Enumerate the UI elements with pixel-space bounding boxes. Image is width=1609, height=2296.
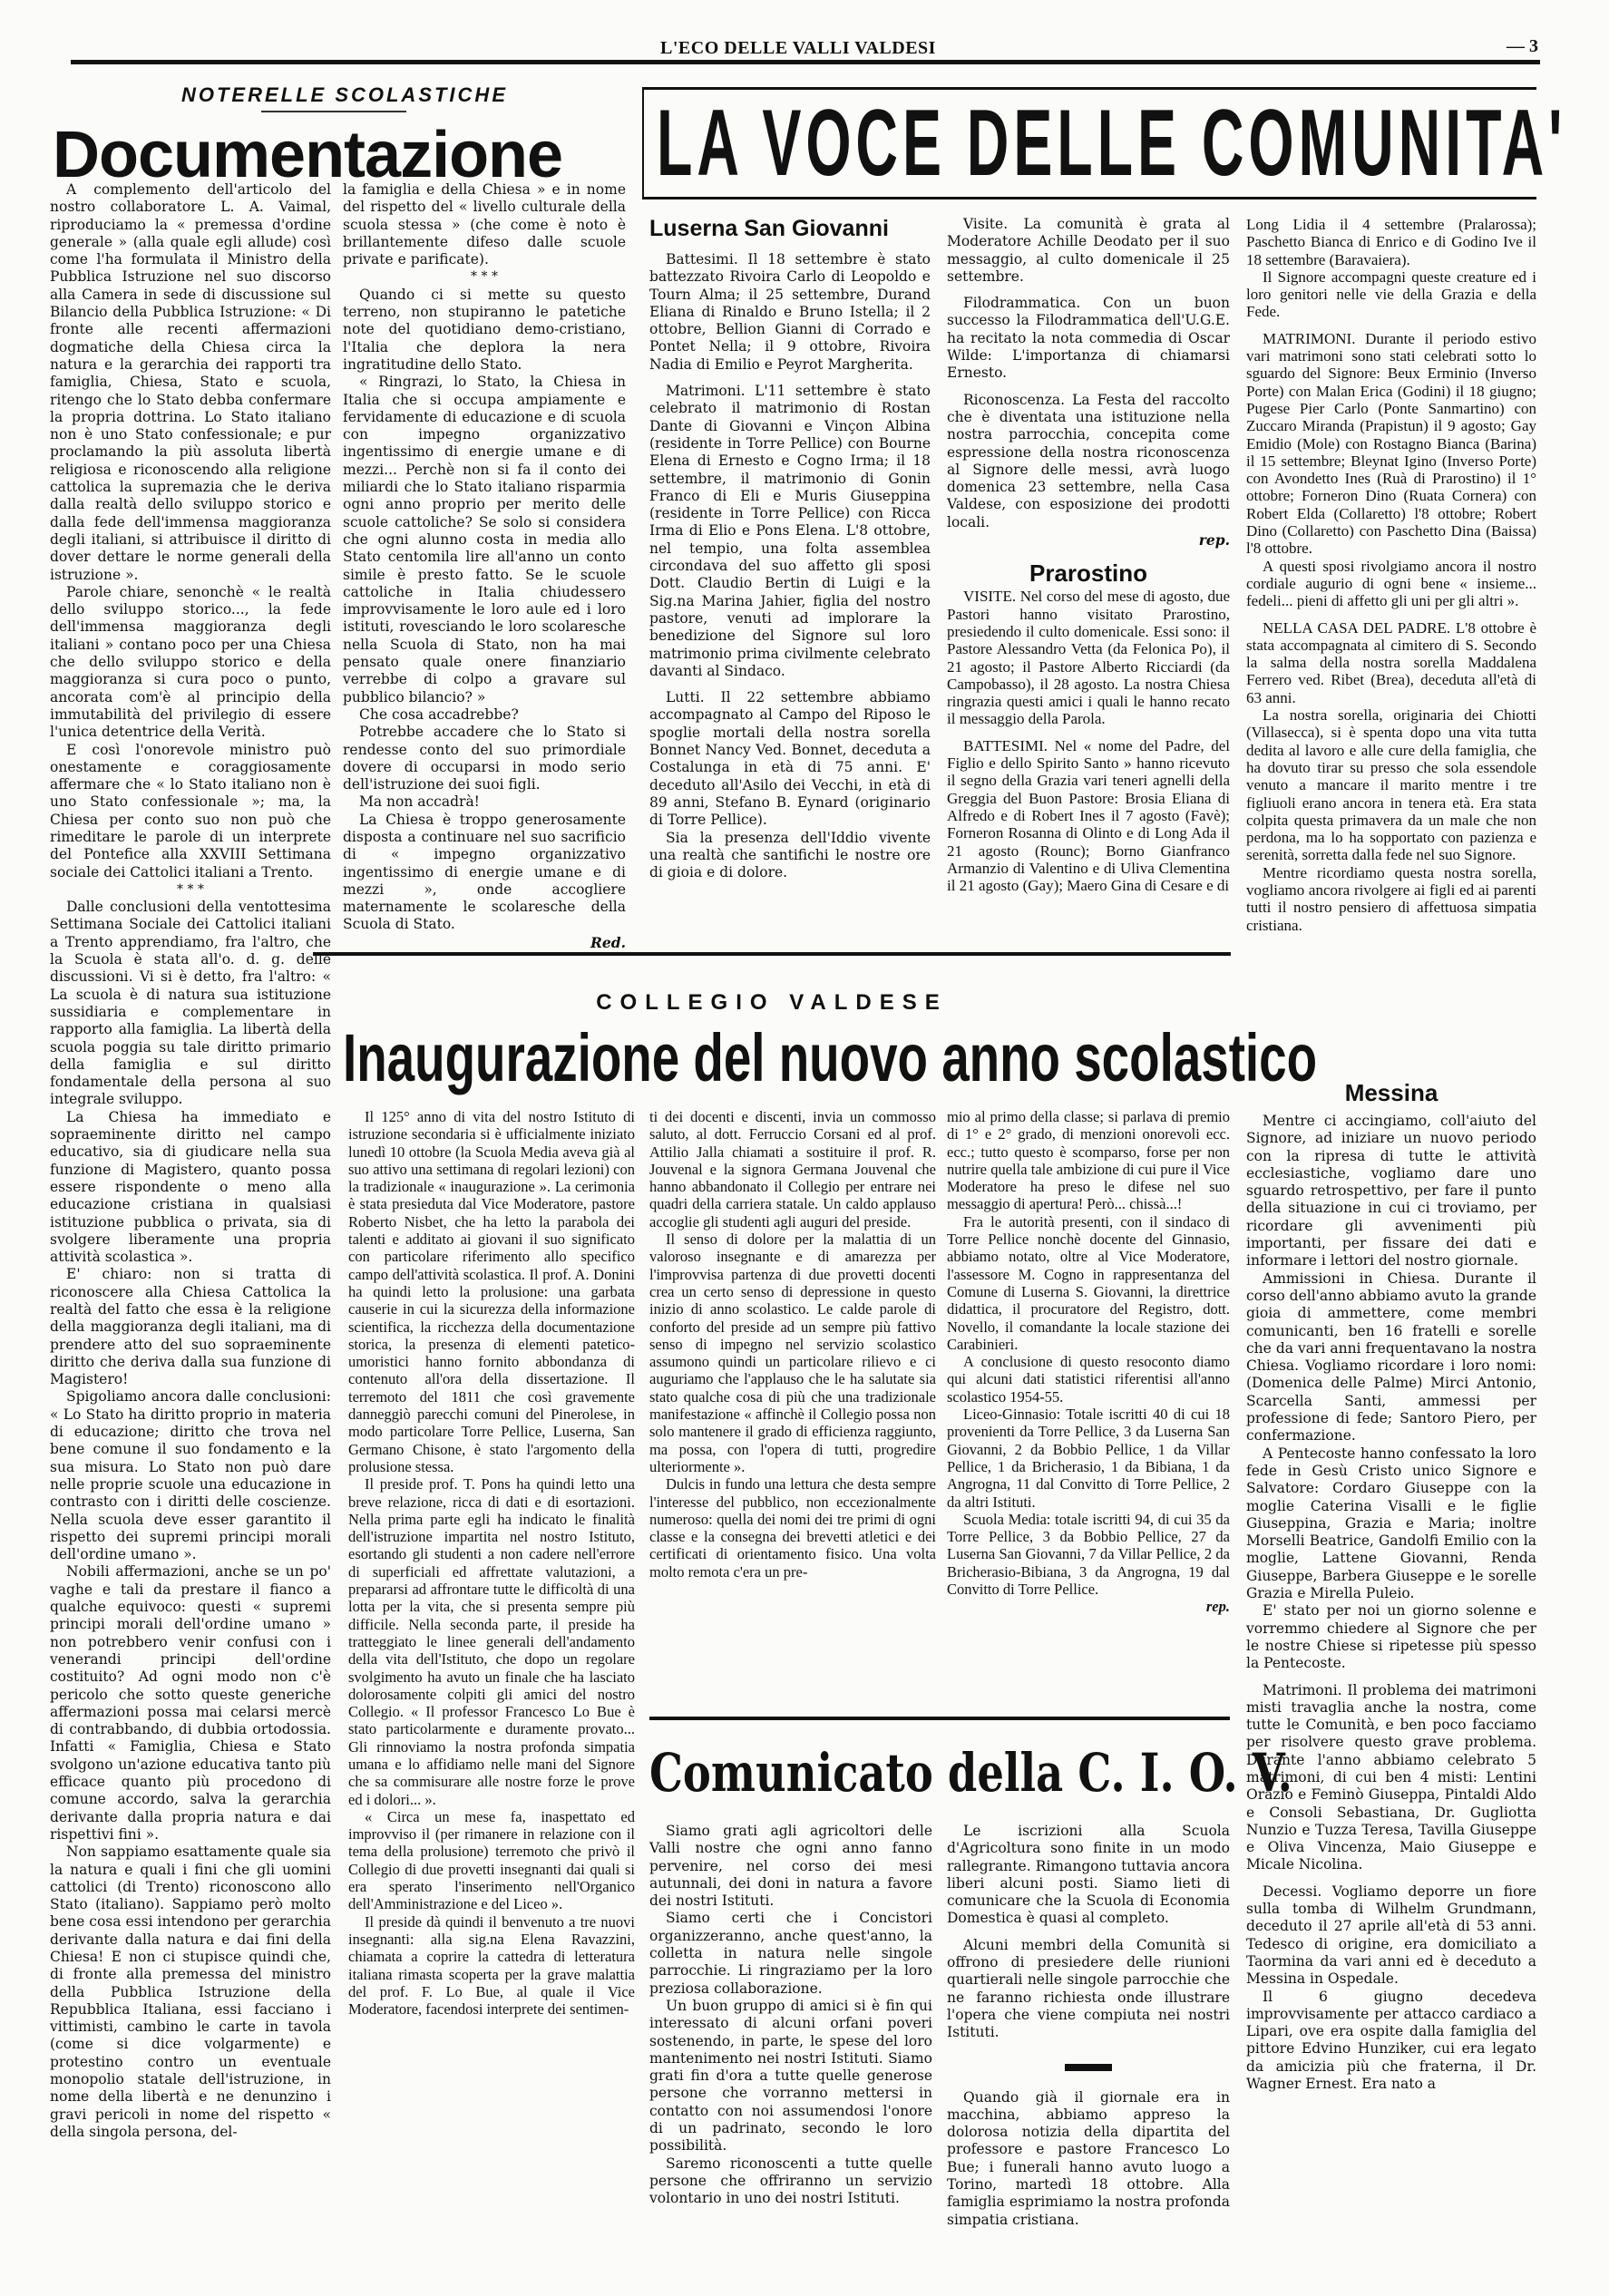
paragraph: VISITE. Nel corso del mese di agosto, du… — [947, 588, 1230, 727]
ciov-col2: Le iscrizioni alla Scuola d'Agricoltura … — [947, 1823, 1230, 2229]
paragraph: Il preside prof. T. Pons ha quindi letto… — [348, 1475, 635, 1808]
messina-section: Messina Mentre ci accingiamo, coll'aiuto… — [1246, 1079, 1536, 2093]
paragraph: Liceo-Ginnasio: Totale iscritti 40 di cu… — [947, 1406, 1230, 1511]
page-number: — 3 — [1507, 36, 1538, 57]
paragraph: Filodrammatica. Con un buon successo la … — [947, 295, 1230, 382]
luserna-section: Luserna San Giovanni Battesimi. Il 18 se… — [649, 216, 931, 881]
paragraph: Spigoliamo ancora dalle conclusioni: « L… — [50, 1388, 331, 1563]
paragraph: La nostra sorella, originaria dei Chiott… — [1246, 706, 1536, 864]
paragraph: A Pentecoste hanno confessato la loro fe… — [1246, 1445, 1536, 1603]
paragraph: « Ringrazi, lo Stato, la Chiesa in Itali… — [343, 374, 626, 706]
paragraph: NELLA CASA DEL PADRE. L'8 ottobre è stat… — [1246, 619, 1536, 706]
separator-bar — [1065, 2064, 1112, 2071]
paragraph: Mentre ci accingiamo, coll'aiuto del Sig… — [1246, 1113, 1536, 1270]
paragraph: E' stato per noi un giorno solenne e vor… — [1246, 1602, 1536, 1672]
paragraph: MATRIMONI. Durante il periodo estivo var… — [1246, 330, 1536, 558]
paragraph: Ammissioni in Chiesa. Durante il corso d… — [1246, 1270, 1536, 1445]
paragraph: BATTESIMI. Nel « nome del Padre, del Fig… — [947, 737, 1230, 895]
paragraph: Che cosa accadrebbe? — [343, 706, 626, 724]
collegio-col1: Il 125° anno di vita del nostro Istituto… — [348, 1108, 635, 2018]
paragraph: Parole chiare, senonchè « le realtà dell… — [50, 584, 331, 742]
collegio-kicker: COLLEGIO VALDESE — [313, 990, 1231, 1016]
paragraph: Siamo grati agli agricoltori delle Valli… — [649, 1823, 932, 1910]
luserna-heading: Luserna San Giovanni — [649, 216, 931, 242]
voce-title: LA VOCE DELLE COMUNITA' — [657, 93, 1566, 193]
masthead-rule — [71, 60, 1540, 64]
signature: Red. — [343, 934, 626, 951]
paragraph: Le iscrizioni alla Scuola d'Agricoltura … — [947, 1823, 1230, 1928]
section-rule — [649, 1717, 1230, 1720]
paragraph: A complemento dell'articolo del nostro c… — [50, 181, 331, 584]
paragraph: Siamo certi che i Concistori organizzera… — [649, 1910, 932, 1997]
paragraph: Il 125° anno di vita del nostro Istituto… — [348, 1108, 635, 1475]
paragraph: Mentre ricordiamo questa nostra sorella,… — [1246, 864, 1536, 934]
collegio-title: Inaugurazione del nuovo anno scolastico — [343, 1019, 1317, 1097]
paragraph: Matrimoni. L'11 settembre è stato celebr… — [649, 383, 931, 680]
voce-header-box: LA VOCE DELLE COMUNITA' — [642, 87, 1536, 199]
paragraph: Fra le autorità presenti, con il sindaco… — [947, 1213, 1230, 1353]
documentazione-col1: A complemento dell'articolo del nostro c… — [50, 181, 331, 2141]
paragraph: Scuola Media: totale iscritti 94, di cui… — [947, 1511, 1230, 1598]
paragraph: E' chiaro: non si tratta di riconoscere … — [50, 1266, 331, 1388]
paragraph: Il 6 giugno decedeva improvvisamente per… — [1246, 1989, 1536, 2094]
signature: rep. — [947, 531, 1230, 549]
paragraph: Saremo riconoscenti a tutte quelle perso… — [649, 2155, 932, 2208]
paragraph: E così l'onorevole ministro può onestame… — [50, 742, 331, 881]
lobue-notice: Quando già il giornale era in macchina, … — [947, 2089, 1230, 2229]
paragraph: ti dei docenti e discenti, invia un comm… — [649, 1108, 936, 1231]
ciov-title: Comunicato della C. I. O. V. — [649, 1741, 1292, 1805]
paragraph: Sia la presenza dell'Iddio vivente una r… — [649, 830, 931, 882]
paragraph: Nobili affermazioni, anche se un po' vag… — [50, 1563, 331, 1844]
paragraph: Potrebbe accadere che lo Stato si rendes… — [343, 724, 626, 793]
paragraph: La Chiesa è troppo generosamente dispost… — [343, 812, 626, 934]
paragraph: Alcuni membri della Comunità si offrono … — [947, 1937, 1230, 2042]
paragraph: A conclusione di questo resoconto diamo … — [947, 1353, 1230, 1406]
newspaper-masthead: L'ECO DELLE VALLI VALDESI — [73, 38, 1524, 59]
paragraph: Ma non accadrà! — [343, 793, 626, 811]
paragraph: Long Lidia il 4 settembre (Pralarossa); … — [1246, 216, 1536, 268]
documentazione-kicker: NOTERELLE SCOLASTICHE — [63, 83, 626, 107]
paragraph: Non sappiamo esattamente quale sia la na… — [50, 1844, 331, 2141]
paragraph: Quando ci si mette su questo terreno, no… — [343, 287, 626, 374]
paragraph: Un buon gruppo di amici si è fin qui int… — [649, 1998, 932, 2155]
paragraph: Il preside dà quindi il benvenuto a tre … — [348, 1913, 635, 2019]
luserna-cont-section: Visite. La comunità è grata al Moderator… — [947, 216, 1230, 894]
messina-heading: Messina — [1246, 1079, 1536, 1107]
paragraph: la famiglia e della Chiesa » e in nome d… — [343, 181, 626, 268]
paragraph: Battesimi. Il 18 settembre è stato batte… — [649, 251, 931, 374]
section-stars: * * * — [50, 881, 331, 899]
documentazione-col2: la famiglia e della Chiesa » e in nome d… — [343, 181, 626, 951]
prarostino-heading: Prarostino — [947, 559, 1230, 588]
paragraph: Lutti. Il 22 settembre abbiamo accompagn… — [649, 689, 931, 829]
paragraph: mio al primo della classe; si parlava di… — [947, 1108, 1230, 1213]
paragraph: Decessi. Vogliamo deporre un fiore sulla… — [1246, 1883, 1536, 1989]
kicker-underline — [261, 111, 406, 112]
paragraph: Riconoscenza. La Festa del raccolto che … — [947, 392, 1230, 531]
collegio-col3: mio al primo della classe; si parlava di… — [947, 1108, 1230, 1616]
collegio-col2: ti dei docenti e discenti, invia un comm… — [649, 1108, 936, 1581]
section-rule — [313, 952, 1231, 956]
signature: rep. — [947, 1598, 1230, 1615]
prarostino-cont: Long Lidia il 4 settembre (Pralarossa); … — [1246, 216, 1536, 934]
paragraph: Dalle conclusioni della ventottesima Set… — [50, 899, 331, 1109]
paragraph: Dulcis in fundo una lettura che desta se… — [649, 1475, 936, 1581]
paragraph: Il senso di dolore per la malattia di un… — [649, 1231, 936, 1475]
paragraph: A questi sposi rivolgiamo ancora il nost… — [1246, 558, 1536, 610]
ciov-col1: Siamo grati agli agricoltori delle Valli… — [649, 1823, 932, 2208]
paragraph: Il Signore accompagni queste creature ed… — [1246, 268, 1536, 321]
section-stars: * * * — [343, 268, 626, 286]
paragraph: Visite. La comunità è grata al Moderator… — [947, 216, 1230, 286]
paragraph: La Chiesa ha immediato e sopraeminente d… — [50, 1109, 331, 1267]
paragraph: « Circa un mese fa, inaspettato ed impro… — [348, 1808, 635, 1913]
